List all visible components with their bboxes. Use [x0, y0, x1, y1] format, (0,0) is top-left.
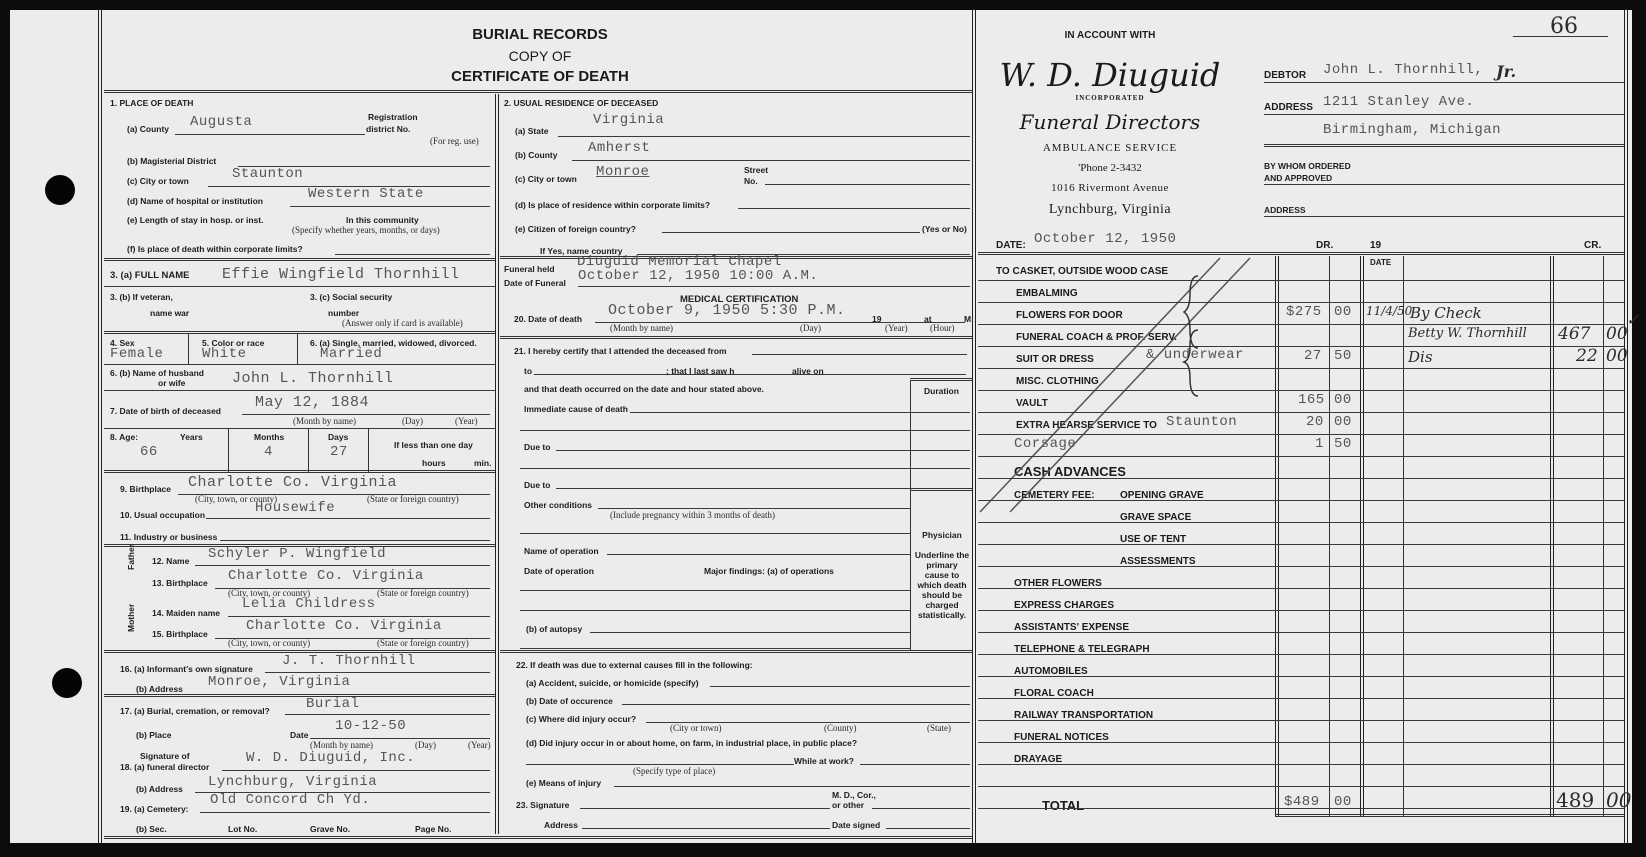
res-corporate-label: (d) Is place of residence within corpora…: [515, 200, 710, 210]
county-label: (a) County: [127, 124, 169, 134]
hospital-value: Western State: [308, 186, 424, 202]
divider: [368, 428, 369, 473]
divider: [500, 650, 972, 653]
ledger-rule: [978, 808, 1624, 809]
funeral-date-label: Date of Funeral: [504, 278, 566, 288]
funeral-date-line: [578, 286, 970, 287]
due-to-line-1: [556, 450, 970, 451]
in-account-with: IN ACCOUNT WITH: [990, 30, 1230, 41]
duration-top: [910, 378, 972, 381]
autopsy-line-2: [520, 648, 910, 649]
director-value: W. D. Diuguid, Inc.: [246, 750, 415, 766]
ordered-label-2: AND APPROVED: [1264, 173, 1332, 183]
ledger-rule: [978, 610, 1624, 611]
footer-divider: [104, 836, 972, 839]
year-19-label: 19: [1370, 240, 1381, 251]
hospital-line: [290, 206, 490, 207]
dob-value: May 12, 1884: [255, 394, 369, 411]
cemetery-label: 19. (a) Cemetery:: [120, 804, 189, 814]
age-months-value: 4: [264, 444, 273, 460]
md-line: [872, 808, 970, 809]
divider: [308, 428, 309, 473]
operation-label: Name of operation: [524, 546, 599, 556]
cemetery-line: [200, 812, 490, 813]
ssn-label: 3. (c) Social security: [310, 292, 392, 302]
full-name-label: 3. (a) FULL NAME: [110, 270, 190, 281]
findings-line-1: [520, 590, 910, 591]
external-b-line: [622, 704, 970, 705]
spouse-value: John L. Thornhill: [232, 370, 394, 387]
city-value: Staunton: [232, 166, 303, 182]
external-d-line: [526, 764, 794, 765]
mother-birthplace-value: Charlotte Co. Virginia: [246, 618, 442, 634]
check-mark: ✓: [1626, 310, 1639, 329]
item-hearse-cents: 00: [1334, 414, 1352, 430]
physician-note: Underline the primary cause to which dea…: [914, 550, 970, 620]
divider: [104, 286, 495, 287]
cause-line-2: [520, 468, 970, 469]
veteran-label: 3. (b) If veteran,: [110, 292, 173, 302]
divider: [104, 390, 495, 391]
address-line: [1264, 114, 1624, 115]
ledger-col-cr-cents: [1603, 256, 1604, 816]
spouse-label-2: or wife: [158, 378, 185, 388]
certify-line: [752, 354, 967, 355]
dr-label: DR.: [1316, 240, 1333, 251]
stated-label: and that death occurred on the date and …: [524, 384, 764, 394]
burial-day-note: (Day): [415, 740, 436, 750]
burial-date-line: [310, 738, 490, 739]
signature-line: [580, 808, 830, 809]
date-label: Date: [290, 730, 308, 740]
external-heading: 22. If death was due to external causes …: [516, 660, 753, 670]
autopsy-label: (b) of autopsy: [526, 624, 582, 634]
name-war-label: name war: [150, 308, 189, 318]
ledger-col-desc: [1403, 256, 1404, 816]
occupation-value: Housewife: [255, 500, 335, 516]
op-date-label: Date of operation: [524, 566, 594, 576]
ledger-rule: [978, 478, 1624, 479]
citizen-note: (Yes or No): [922, 224, 967, 234]
incorporated-label: INCORPORATED: [990, 94, 1230, 102]
cemetery-value: Old Concord Ch Yd.: [210, 792, 370, 808]
county-line: [175, 134, 365, 135]
state-label: (a) State: [515, 126, 549, 136]
page-number-line: [1513, 36, 1608, 37]
findings-line-2: [520, 610, 910, 611]
duration-label: Duration: [924, 386, 959, 396]
item-suit-dollars: 27: [1304, 348, 1322, 364]
divider: [104, 694, 495, 697]
external-d-label: (d) Did injury occur in or about home, o…: [526, 738, 857, 748]
item-vault-cents: 00: [1334, 392, 1352, 408]
full-name-value: Effie Wingfield Thornhill: [222, 266, 460, 283]
credit-discount-dollars: 22: [1576, 346, 1598, 366]
ledger-rule: [978, 368, 1624, 369]
ledger-rule: [978, 764, 1624, 765]
age-label: 8. Age:: [110, 432, 138, 442]
to-label: to: [524, 366, 532, 376]
sig-address-label: Address: [544, 820, 578, 830]
external-county-note: (County): [824, 723, 857, 733]
stay-note: (Specify whether years, months, or days): [292, 225, 440, 235]
informant-label: 16. (a) Informant's own signature: [120, 664, 253, 674]
dob-line: [242, 414, 490, 415]
burial-month-note: (Month by name): [310, 740, 373, 750]
years-label: Years: [180, 432, 203, 442]
occupation-line: [206, 518, 490, 519]
divider: [104, 331, 495, 334]
item-flowers-dollars: $275: [1286, 304, 1322, 320]
to-line: [534, 374, 966, 375]
father-name-label: 12. Name: [152, 556, 189, 566]
ledger-rule: [978, 346, 1624, 347]
funeral-held-label: Funeral held: [504, 264, 555, 274]
months-label: Months: [254, 432, 284, 442]
due-to-label-2: Due to: [524, 480, 550, 490]
ledger-rule: [978, 412, 1624, 413]
district-label: district No.: [366, 124, 410, 134]
ssn-number-label: number: [328, 308, 359, 318]
death-hour-note: (Hour): [930, 323, 955, 333]
res-county-label: (b) County: [515, 150, 558, 160]
informant-address-label: (b) Address: [136, 684, 183, 694]
or-other-label: or other: [832, 800, 864, 810]
director-label: Signature of: [140, 751, 190, 761]
residence-heading: 2. USUAL RESIDENCE OF DECEASED: [504, 98, 658, 108]
burial-value: Burial: [306, 696, 359, 712]
burial-date-value: 10-12-50: [335, 718, 406, 734]
cr-label: CR.: [1584, 240, 1601, 251]
external-city-note: (City or town): [670, 723, 722, 733]
ledger-rule: [978, 544, 1624, 545]
duration-divider: [910, 380, 911, 650]
right-border: [1624, 10, 1628, 843]
immediate-label: Immediate cause of death: [524, 404, 628, 414]
age-days-value: 27: [330, 444, 348, 460]
physician-label: Physician: [914, 530, 970, 540]
place-of-death-heading: 1. PLACE OF DEATH: [110, 98, 193, 108]
divider: [104, 470, 495, 473]
spouse-label: 6. (b) Name of husband: [110, 368, 204, 378]
min-label: min.: [474, 458, 491, 468]
company-logo: W. D. Diuguid: [990, 56, 1230, 94]
item-vault-dollars: 165: [1298, 392, 1325, 408]
divider: [188, 334, 189, 364]
place-label: (b) Place: [136, 730, 171, 740]
industry-label: 11. Industry or business: [120, 532, 217, 542]
res-county-line: [572, 160, 970, 161]
res-city-label: (c) City or town: [515, 174, 577, 184]
death-day-note: (Day): [800, 323, 821, 333]
registration-label: Registration: [368, 112, 418, 122]
death-month-note: (Month by name): [610, 323, 673, 333]
state-note: (State or foreign country): [367, 494, 459, 504]
death-year-note: (Year): [885, 323, 908, 333]
ordered-label-1: BY WHOM ORDERED: [1264, 161, 1351, 171]
credit-payer-cents: 00: [1606, 324, 1628, 344]
credit-date: 11/4/50: [1366, 304, 1412, 318]
operation-line: [607, 554, 910, 555]
divider: [104, 428, 495, 429]
ledger-rule: [978, 698, 1624, 699]
document-page: BURIAL RECORDS COPY OF CERTIFICATE OF DE…: [10, 10, 1632, 843]
city-state: Lynchburg, Virginia: [990, 202, 1230, 218]
ssn-note: (Answer only if card is available): [342, 318, 463, 328]
item-suit-cents: 50: [1334, 348, 1352, 364]
title-certificate-of-death: CERTIFICATE OF DEATH: [410, 68, 670, 85]
occupation-label: 10. Usual occupation: [120, 510, 205, 520]
informant-address-value: Monroe, Virginia: [208, 674, 350, 690]
informant-value: J. T. Thornhill: [282, 653, 416, 669]
address2-line: [1264, 216, 1624, 217]
account-date-value: October 12, 1950: [1034, 231, 1176, 247]
item-corsage-dollars: 1: [1315, 436, 1324, 452]
city-label: (c) City or town: [127, 176, 189, 186]
address-label: ADDRESS: [1264, 102, 1313, 113]
address2-label: ADDRESS: [1264, 205, 1306, 215]
mother-maiden-value: Lelia Childress: [242, 596, 376, 612]
divider: [500, 336, 972, 339]
race-value: White: [202, 346, 247, 362]
ledger-rule: [978, 456, 1624, 457]
corporate-label: (f) Is place of death within corporate l…: [127, 244, 303, 254]
dob-month-note: (Month by name): [293, 416, 356, 426]
debtor-line: [1264, 82, 1624, 83]
funeral-directors: Funeral Directors: [990, 110, 1230, 134]
days-label: Days: [328, 432, 348, 442]
sig-address-line: [582, 828, 830, 829]
burial-line: [285, 714, 490, 715]
ledger-rule: [978, 302, 1624, 303]
industry-line: [220, 540, 490, 541]
duration-bottom: [910, 488, 972, 491]
phone: 'Phone 2-3432: [990, 162, 1230, 174]
res-city-value: Monroe: [596, 164, 649, 180]
credit-payer-dollars: 467: [1558, 324, 1590, 344]
birthplace-label: 9. Birthplace: [120, 484, 171, 494]
credit-discount-cents: 00: [1606, 346, 1628, 366]
death-19-label: 19: [872, 314, 881, 324]
ledger-rule: [978, 390, 1624, 391]
divider: [228, 428, 229, 473]
credit-by-check: By Check: [1410, 304, 1482, 322]
total-label: TOTAL: [1042, 798, 1084, 813]
ledger-rule: [978, 742, 1624, 743]
dob-year-note: (Year): [455, 416, 478, 426]
informant-line: [265, 672, 490, 673]
county-value: Augusta: [190, 114, 252, 130]
ledger-rule: [978, 434, 1624, 435]
street-label: Street: [744, 165, 768, 175]
divider: [104, 364, 495, 365]
res-county-value: Amherst: [588, 140, 650, 156]
mother-maiden-line: [228, 616, 490, 617]
external-e-label: (e) Means of injury: [526, 778, 601, 788]
sec-label: (b) Sec.: [136, 824, 167, 834]
mother-state-note: (State or foreign country): [377, 638, 469, 648]
father-state-note: (State or foreign country): [377, 588, 469, 598]
mother-birthplace-label: 15. Birthplace: [152, 629, 208, 639]
col-date-label: DATE: [1370, 258, 1391, 267]
title-copy-of: COPY OF: [410, 48, 670, 64]
date-signed-line: [886, 828, 970, 829]
section-divider: [104, 258, 495, 261]
punch-hole-bottom: [52, 668, 82, 698]
grave-label: Grave No.: [310, 824, 350, 834]
stay-label: (e) Length of stay in hosp. or inst.: [127, 215, 263, 225]
findings-label: Major findings: (a) of operations: [704, 566, 834, 576]
ledger-col-date: [1360, 256, 1364, 816]
hospital-label: (d) Name of hospital or institution: [127, 196, 263, 206]
corporate-line: [335, 254, 490, 255]
funeral-date-value: October 12, 1950 10:00 A.M.: [578, 268, 818, 284]
other-conditions-line: [598, 508, 910, 509]
burial-label: 17. (a) Burial, cremation, or removal?: [120, 706, 270, 716]
signature-label: 23. Signature: [516, 800, 569, 810]
sex-value: Female: [110, 346, 163, 362]
header-divider: [104, 90, 972, 93]
ledger-rule: [978, 676, 1624, 677]
address-divider: [1264, 144, 1624, 147]
credit-payer: Betty W. Thornhill: [1408, 326, 1527, 341]
address-line-2: Birmingham, Michigan: [1323, 122, 1501, 138]
item-hearse-dollars: 20: [1306, 414, 1324, 430]
birthplace-value: Charlotte Co. Virginia: [188, 474, 397, 491]
place-type-note: (Specify type of place): [633, 766, 715, 776]
ordered-line: [1264, 184, 1624, 185]
director-label-2: 18. (a) funeral director: [120, 762, 209, 772]
mother-city-note: (City, town, or county): [228, 638, 310, 648]
mother-side-label: Mother: [126, 604, 136, 632]
credit-discount: Dis: [1408, 348, 1433, 366]
ledger-col-dr: [1275, 256, 1279, 816]
certify-label: 21. I hereby certify that I attended the…: [514, 346, 727, 356]
external-c-label: (c) Where did injury occur?: [526, 714, 636, 724]
ledger-rule: [978, 654, 1624, 655]
column-divider: [495, 94, 499, 834]
page-label: Page No.: [415, 824, 451, 834]
ledger-rule: [978, 632, 1624, 633]
state-line: [558, 136, 970, 137]
debtor-suffix: Jr.: [1496, 62, 1516, 81]
ledger-rule: [978, 522, 1624, 523]
citizen-label: (e) Citizen of foreign country?: [515, 224, 636, 234]
father-name-line: [195, 565, 490, 566]
punch-hole-top: [45, 175, 75, 205]
ledger-rule: [978, 786, 1624, 787]
ledger-rule: [978, 280, 1624, 281]
director-address-label: (b) Address: [136, 784, 183, 794]
external-b-label: (b) Date of occurence: [526, 696, 613, 706]
state-value: Virginia: [593, 112, 664, 128]
ledger-col-cr: [1550, 256, 1554, 816]
title-burial-records: BURIAL RECORDS: [410, 26, 670, 43]
ledger-rule: [978, 500, 1624, 501]
lot-label: Lot No.: [228, 824, 257, 834]
item-flowers-cents: 00: [1334, 304, 1352, 320]
dob-label: 7. Date of birth of deceased: [110, 406, 221, 416]
cross-out-strokes: [970, 250, 1270, 520]
hours-label: hours: [422, 458, 446, 468]
left-border: [98, 10, 102, 843]
director-address-value: Lynchburg, Virginia: [208, 774, 377, 790]
cause-line: [520, 430, 970, 431]
immediate-line: [630, 412, 970, 413]
pregnancy-note: (Include pregnancy within 3 months of de…: [610, 510, 775, 520]
debtor-label: DEBTOR: [1264, 70, 1306, 81]
external-state-note: (State): [927, 723, 951, 733]
autopsy-line: [590, 632, 910, 633]
external-e-line: [614, 786, 970, 787]
item-corsage-cents: 50: [1334, 436, 1352, 452]
other-conditions-label: Other conditions: [524, 500, 592, 510]
street-address: 1016 Rivermont Avenue: [990, 182, 1230, 194]
external-a-line: [710, 686, 970, 687]
community-label: In this community: [346, 215, 419, 225]
father-name-value: Schyler P. Wingfield: [208, 546, 386, 562]
date-signed-label: Date signed: [832, 820, 880, 830]
father-birthplace-label: 13. Birthplace: [152, 578, 208, 588]
work-line: [860, 764, 970, 765]
burial-year-note: (Year): [468, 740, 491, 750]
ledger-rule: [978, 566, 1624, 567]
magisterial-label: (b) Magisterial District: [127, 156, 216, 166]
marital-value: Married: [320, 346, 382, 362]
address-line-1: 1211 Stanley Ave.: [1323, 94, 1474, 110]
other-line: [520, 533, 910, 534]
dob-day-note: (Day): [402, 416, 423, 426]
death-date-label: 20. Date of death: [514, 314, 582, 324]
ledger-col-cents: [1329, 256, 1330, 816]
ledger-rule: [978, 720, 1624, 721]
reg-use-note: (For reg. use): [430, 136, 479, 146]
ambulance-service: AMBULANCE SERVICE: [990, 142, 1230, 154]
due-to-line-2: [556, 488, 970, 489]
work-label: While at work?: [794, 756, 854, 766]
citizen-line: [662, 232, 920, 233]
age-years-value: 66: [140, 444, 158, 460]
external-a-label: (a) Accident, suicide, or homicide (spec…: [526, 678, 699, 688]
md-label: M. D., Cor.,: [832, 790, 876, 800]
father-birthplace-value: Charlotte Co. Virginia: [228, 568, 424, 584]
ledger-rule: [978, 588, 1624, 589]
ledger-rule: [978, 324, 1624, 325]
street-line: [765, 184, 970, 185]
street-no-label: No.: [744, 176, 758, 186]
divider: [297, 334, 298, 364]
debtor-value: John L. Thornhill,: [1323, 62, 1483, 78]
total-rule: [1275, 814, 1624, 817]
director-line: [222, 770, 490, 771]
due-to-label-1: Due to: [524, 442, 550, 452]
father-side-label: Father: [126, 544, 136, 570]
death-date-value: October 9, 1950 5:30 P.M.: [608, 302, 846, 319]
less-than-day-label: If less than one day: [394, 440, 473, 450]
res-corporate-line: [738, 208, 970, 209]
mother-maiden-label: 14. Maiden name: [152, 608, 220, 618]
